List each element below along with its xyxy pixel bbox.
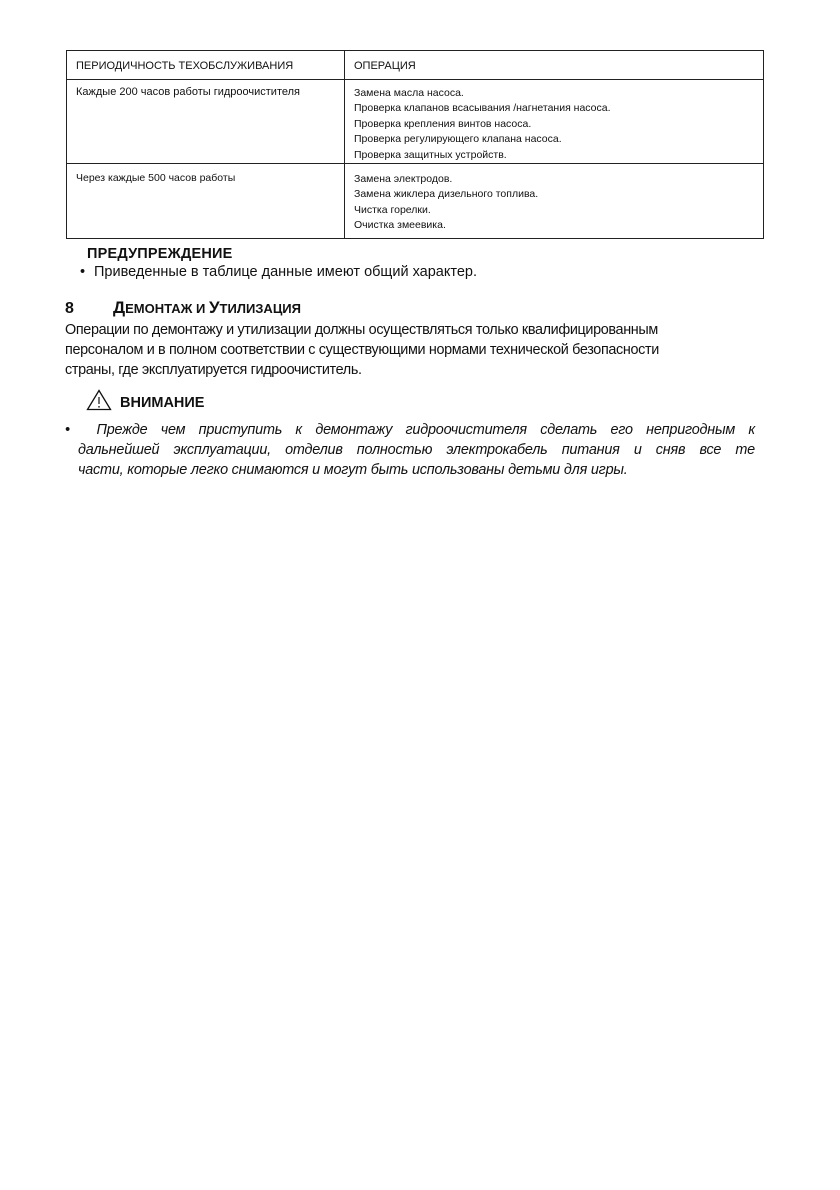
attention-title: ВНИМАНИЕ [120,395,204,411]
operation-item: Замена жиклера дизельного топлива. [354,187,763,202]
section-title: ДЕМОНТАЖ И УТИЛИЗАЦИЯ [113,300,301,317]
attention-line: • Прежде чем приступить к демонтажу гидр… [65,420,755,440]
title-small: ЕМОНТАЖ И [125,301,209,316]
warning-text: Приведенные в таблице данные имеют общий… [94,264,477,280]
row-period: Через каждые 500 часов работы [67,164,345,239]
header-periodicity: ПЕРИОДИЧНОСТЬ ТЕХОБСЛУЖИВАНИЯ [67,51,345,80]
warning-item: •Приведенные в таблице данные имеют общи… [80,264,477,280]
attention-text: Прежде чем приступить к демонтажу гидроо… [97,422,756,438]
warning-title: ПРЕДУПРЕЖДЕНИЕ [87,246,233,262]
paragraph-line: страны, где эксплуатируется гидроочистит… [65,360,765,380]
warning-triangle-icon [86,389,112,411]
operation-item: Проверка крепления винтов насоса. [354,117,763,132]
operation-item: Проверка клапанов всасывания /нагнетания… [354,101,763,116]
row-period: Каждые 200 часов работы гидроочистителя [67,80,345,164]
attention-line: дальнейшей эксплуатации, отделив полност… [65,440,755,460]
bullet: • [80,264,94,280]
table-header-row: ПЕРИОДИЧНОСТЬ ТЕХОБСЛУЖИВАНИЯ ОПЕРАЦИЯ [67,51,764,80]
title-small: ТИЛИЗАЦИЯ [220,301,301,316]
paragraph-line: Операции по демонтажу и утилизации должн… [65,320,765,340]
row-operations: Замена электродов. Замена жиклера дизель… [345,164,764,239]
header-operation: ОПЕРАЦИЯ [345,51,764,80]
maintenance-table: ПЕРИОДИЧНОСТЬ ТЕХОБСЛУЖИВАНИЯ ОПЕРАЦИЯ К… [66,50,764,239]
operation-item: Проверка регулирующего клапана насоса. [354,132,763,147]
operation-item: Замена электродов. [354,172,763,187]
operation-item: Замена масла насоса. [354,86,763,101]
table-row: Каждые 200 часов работы гидроочистителя … [67,80,764,164]
title-cap: Д [113,298,125,317]
attention-item: • Прежде чем приступить к демонтажу гидр… [65,420,755,480]
bullet: • [65,422,70,438]
operation-item: Очистка змеевика. [354,218,763,233]
table-row: Через каждые 500 часов работы Замена эле… [67,164,764,239]
paragraph-line: персоналом и в полном соответствии с сущ… [65,340,765,360]
operation-item: Проверка защитных устройств. [354,148,763,163]
section-heading: 8ДЕМОНТАЖ И УТИЛИЗАЦИЯ [65,298,301,318]
row-operations: Замена масла насоса. Проверка клапанов в… [345,80,764,164]
section-paragraph: Операции по демонтажу и утилизации должн… [65,320,765,380]
section-number: 8 [65,300,113,318]
attention-line: части, которые легко снимаются и могут б… [65,460,755,480]
title-cap: У [209,298,220,317]
operation-item: Чистка горелки. [354,203,763,218]
attention-heading: ВНИМАНИЕ [86,389,204,411]
